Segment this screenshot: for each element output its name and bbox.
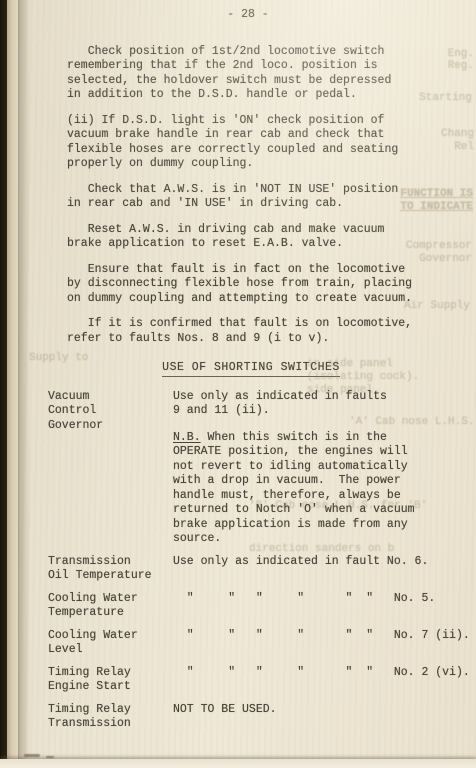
paragraph-ensure-fault: Ensure that fault is in fact on the loco… <box>67 263 468 307</box>
scanned-manual-photo: Eng. Reg. Starting Chang Rel FUNCTION IS… <box>0 0 476 768</box>
row-value: " " " " " " No. 7 (ii). <box>173 629 470 658</box>
page-fold-line <box>18 0 19 768</box>
document-page: Eng. Reg. Starting Chang Rel FUNCTION IS… <box>19 0 476 768</box>
row-label: Timing Relay Transmission <box>48 703 173 732</box>
row-label: Cooling Water Temperature <box>48 592 173 621</box>
row-value: " " " " " " No. 5. <box>173 592 435 621</box>
row-value: Use only as indicated in faults 9 and 11… <box>173 390 415 547</box>
book-gutter-shadow <box>0 0 7 768</box>
table-row-transmission-oil-temperature: Transmission Oil Temperature Use only as… <box>48 555 468 584</box>
paragraph-aws-position: Check that A.W.S. is in 'NOT IN USE' pos… <box>67 183 468 212</box>
row-label: Vacuum Control Governor <box>48 390 173 547</box>
table-row-cooling-water-temperature: Cooling Water Temperature " " " " " " No… <box>48 592 468 621</box>
paragraph-dsd-light: (ii) If D.S.D. light is 'ON' check posit… <box>67 114 468 172</box>
page-beneath-edge <box>0 759 476 768</box>
row-label: Transmission Oil Temperature <box>48 555 173 584</box>
paper-speck <box>46 756 54 758</box>
row-value: NOT TO BE USED. <box>173 703 277 732</box>
nb-note: N.B. When this switch is in the OPERATE … <box>173 431 415 547</box>
paragraph-check-position: Check position of 1st/2nd locomotive swi… <box>67 45 468 103</box>
paragraph-if-confirmed: If it is confirmed that fault is on loco… <box>67 317 468 346</box>
table-row-cooling-water-level: Cooling Water Level " " " " " " No. 7 (i… <box>48 629 468 658</box>
paper-speck <box>24 754 40 757</box>
paragraph-reset-aws: Reset A.W.S. in driving cab and make vac… <box>67 223 468 252</box>
table-row-timing-relay-engine-start: Timing Relay Engine Start " " " " " " No… <box>48 666 468 695</box>
section-heading: USE OF SHORTING SWITCHES <box>48 361 454 376</box>
nb-label: N.B. <box>173 431 201 444</box>
table-row-vacuum-control-governor: Vacuum Control Governor Use only as indi… <box>48 390 468 547</box>
page-number: - 28 - <box>48 8 448 23</box>
row-label: Cooling Water Level <box>48 629 173 658</box>
row-value: Use only as indicated in fault No. 6. <box>173 555 428 584</box>
row-label: Timing Relay Engine Start <box>48 666 173 695</box>
table-row-timing-relay-transmission: Timing Relay Transmission NOT TO BE USED… <box>48 703 468 732</box>
row-value: " " " " " " No. 2 (vi). <box>173 666 470 695</box>
